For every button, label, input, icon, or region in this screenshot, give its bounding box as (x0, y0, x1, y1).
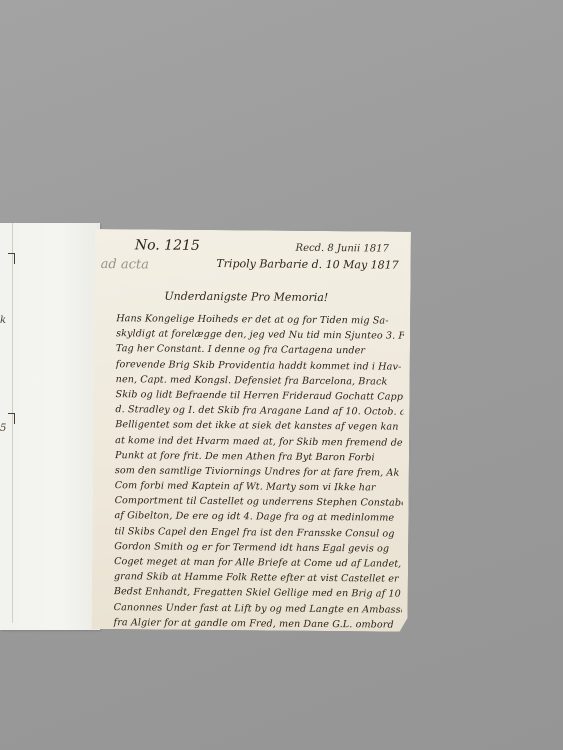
letter-line: ernst Fregatten og at Briggen fra Garnet… (113, 676, 401, 694)
underlying-sheet: k 5 (0, 223, 100, 630)
bracket-mark (8, 413, 15, 424)
document-number: No. 1215 (135, 237, 200, 254)
bracket-mark (8, 253, 15, 264)
dateline: Tripoly Barbarie d. 10 May 1817 (216, 257, 398, 272)
letter-line: igen uden at Comt Udsetta meget, Hedin b… (113, 630, 401, 648)
handwritten-letter-page: ad acta No. 1215 Recd. 8 Junii 1817 Trip… (92, 229, 411, 632)
archive-mark: ad acta (101, 257, 149, 272)
letter-line: fra Castellet Comandtagen d. 16d. Com at… (112, 736, 400, 750)
letter-body: Hans Kongelige Hoiheds er det at og for … (112, 311, 404, 750)
letter-line: fast at Kil at Hegste fra hinde som og f… (113, 660, 401, 678)
received-note: Recd. 8 Junii 1817 (296, 243, 389, 255)
letter-line: Belligentet som det ikke at siek det kan… (115, 417, 403, 435)
letter-line: ga Kilon fasten, og fra fra den Bed Udse… (113, 645, 401, 663)
letter-line: Ambassadeuren, d. 8d. f. Kl. Com Fregatt… (113, 691, 401, 709)
letter-line: fra Algier for at gandle om Fred, men Da… (114, 615, 402, 633)
letter-line: uden at Tiener Flag og man fra Hver Vard… (113, 721, 401, 739)
left-margin-mark: 5 (0, 423, 6, 434)
letter-line: gen og en liden Skoerteft omtend af 14 C… (113, 706, 401, 724)
left-margin-mark: k (0, 315, 6, 326)
salutation: Underdanigste Pro Memoria! (164, 290, 328, 304)
